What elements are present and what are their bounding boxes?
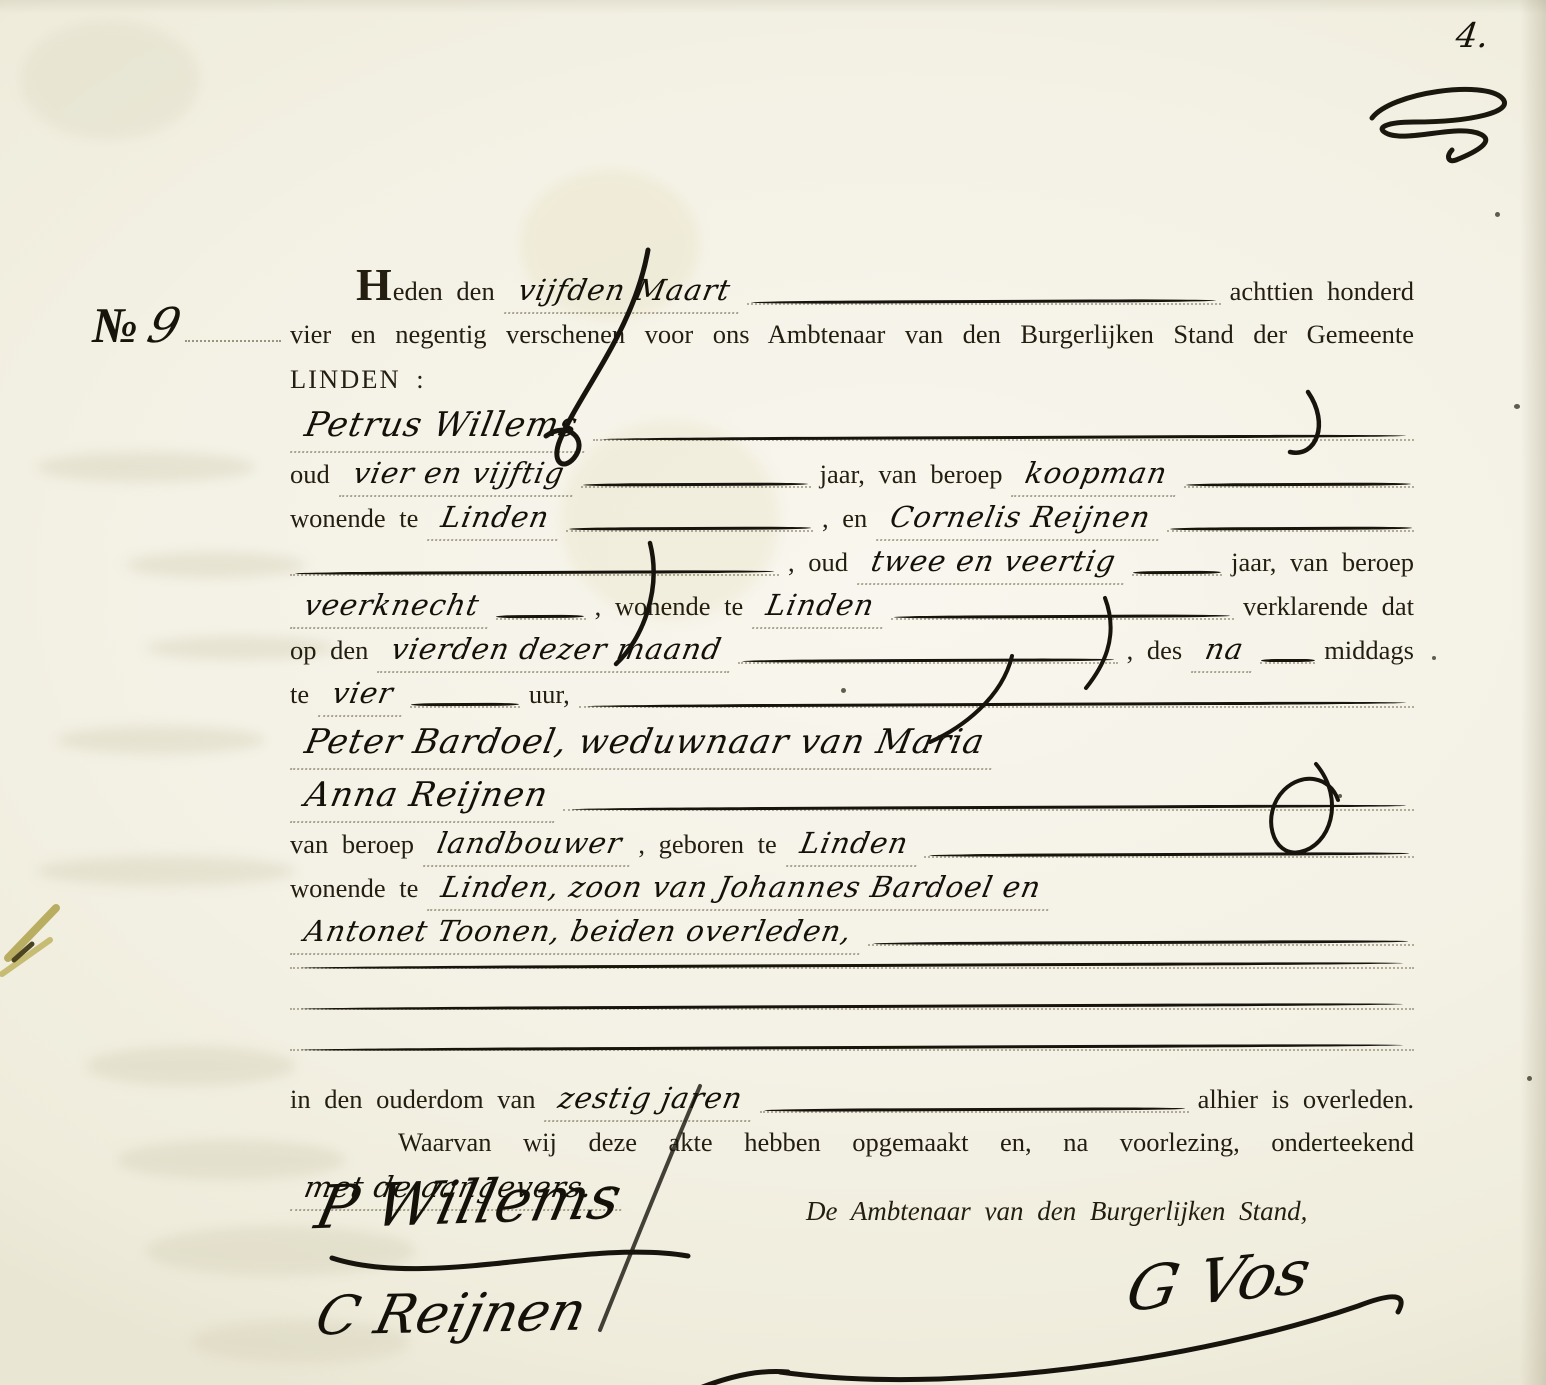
- line-declarant2-age: , oudtwee en veertigjaar, van beroep: [290, 541, 1414, 585]
- line-declarant1-age-occupation: oudvier en vijftigjaar, van beroepkoopma…: [290, 453, 1414, 497]
- stain: [36, 856, 296, 886]
- page-number: 4.: [1453, 16, 1491, 56]
- ink-rule: [290, 1042, 1414, 1051]
- handwritten-text: vierden dezer maand: [377, 629, 737, 673]
- printed-text: jaar, van beroep: [820, 454, 1003, 495]
- ink-rule: [747, 296, 1221, 305]
- stain: [56, 726, 266, 754]
- ink-rule: [1260, 655, 1315, 664]
- official-title: De Ambtenaar van den Burgerlijken Stand,: [806, 1196, 1307, 1227]
- line-deceased-name: Peter Bardoel, weduwnaar van Maria: [290, 717, 1414, 770]
- handwritten-text: na: [1191, 629, 1260, 673]
- handwritten-text: zestig jaren: [544, 1078, 759, 1122]
- signature-underline-flourish: [780, 1297, 1401, 1380]
- handwritten-text: vier: [318, 673, 409, 717]
- ink-rule: [579, 699, 1414, 708]
- ink-speck: [1432, 656, 1436, 660]
- handwritten-text: veerknecht: [290, 585, 495, 629]
- death-certificate-page: 4. № 9 Heden denvijfden Maartachttien ho…: [0, 0, 1546, 1385]
- printed-text: , en: [822, 498, 867, 539]
- handwritten-text: Petrus Willems: [290, 400, 595, 453]
- line-closing-formula: Waarvan wij deze akte hebben opgemaakt e…: [290, 1122, 1414, 1167]
- handwritten-text: twee en veertig: [857, 541, 1132, 585]
- ink-rule: [891, 611, 1234, 620]
- ink-rule: [738, 655, 1117, 664]
- stain: [20, 20, 200, 140]
- ink-rule: [563, 802, 1414, 811]
- line-blank-2: [290, 996, 1414, 1037]
- line-municipality: LINDEN :: [290, 359, 1414, 400]
- ink-rule: [924, 849, 1414, 858]
- registrar-paraph-flourish: [1358, 56, 1528, 171]
- line-declarant2-occupation-residence: veerknecht, wonende teLindenverklarende …: [290, 585, 1414, 629]
- signature-declarant2: C Reijnen: [310, 1280, 592, 1348]
- printed-text: wonende te: [290, 868, 418, 909]
- ink-rule: [1132, 567, 1222, 576]
- line-blank-1: [290, 955, 1414, 996]
- line-declarant1-residence: wonende teLinden, enCornelis Reijnen: [290, 497, 1414, 541]
- handwritten-text: Linden: [427, 497, 565, 541]
- printed-text: , oud: [788, 542, 848, 583]
- printed-text: jaar, van beroep: [1231, 542, 1414, 583]
- handwritten-text: Peter Bardoel, weduwnaar van Maria: [290, 717, 1001, 770]
- line-year-official: vier en negentig verschenen voor ons Amb…: [290, 314, 1414, 359]
- binding-staple: [0, 880, 70, 990]
- printed-text: H: [356, 262, 392, 308]
- ink-rule: [581, 479, 811, 488]
- act-number-value: 9: [142, 298, 187, 354]
- printed-text: eden den: [393, 271, 495, 312]
- line-death-date: op denvierden dezer maand, desnamiddags: [290, 629, 1414, 673]
- act-number: № 9: [92, 296, 281, 354]
- deed-lines: Heden denvijfden Maartachttien honderdvi…: [290, 262, 1414, 1211]
- line-death-hour: tevieruur,: [290, 673, 1414, 717]
- line-deceased-residence-parents: wonende teLinden, zoon van Johannes Bard…: [290, 867, 1414, 911]
- printed-text: middags: [1324, 630, 1414, 671]
- ink-rule: [593, 432, 1414, 441]
- page-edge-shadow: [1520, 0, 1546, 1385]
- printed-text: te: [290, 674, 309, 715]
- ink-rule: [290, 960, 1414, 969]
- printed-text: alhier is overleden.: [1198, 1079, 1414, 1120]
- printed-text: wonende te: [290, 498, 418, 539]
- signature-underline-flourish: [700, 1372, 788, 1385]
- printed-text: LINDEN :: [290, 359, 426, 400]
- handwritten-text: Linden: [786, 823, 924, 867]
- ink-rule: [290, 567, 779, 576]
- line-blank-3: [290, 1037, 1414, 1078]
- handwritten-text: Anna Reijnen: [290, 770, 565, 823]
- ink-speck: [1495, 212, 1500, 217]
- line-deceased-occupation-birthplace: van beroeplandbouwer, geboren teLinden: [290, 823, 1414, 867]
- signature-declarant1: P Willems: [309, 1163, 627, 1243]
- numero-symbol: №: [92, 296, 139, 354]
- printed-text: , des: [1127, 630, 1183, 671]
- signature-official: G Vos: [1121, 1235, 1316, 1326]
- handwritten-text: koopman: [1011, 453, 1183, 497]
- line-date-opening: Heden denvijfden Maartachttien honderd: [290, 262, 1414, 314]
- handwritten-text: Antonet Toonen, beiden overleden,: [290, 911, 868, 955]
- ink-rule: [760, 1104, 1189, 1113]
- stain: [86, 1046, 296, 1086]
- handwritten-text: Linden, zoon van Johannes Bardoel en: [427, 867, 1057, 911]
- ink-rule: [566, 523, 813, 532]
- ink-rule: [1184, 479, 1414, 488]
- printed-text: op den: [290, 630, 368, 671]
- printed-text: , geboren te: [638, 824, 776, 865]
- ink-rule: [290, 1001, 1414, 1010]
- stain: [36, 452, 256, 482]
- line-declarant1-name: Petrus Willems: [290, 400, 1414, 453]
- printed-text: achttien honderd: [1230, 271, 1414, 312]
- printed-text: oud: [290, 454, 330, 495]
- printed-text: , wonende te: [595, 586, 744, 627]
- printed-text: Waarvan wij deze akte hebben opgemaakt e…: [398, 1127, 1414, 1157]
- dotted-rule: [185, 336, 281, 342]
- printed-text: verklarende dat: [1243, 586, 1414, 627]
- line-age-at-death: in den ouderdom vanzestig jarenalhier is…: [290, 1078, 1414, 1122]
- handwritten-text: landbouwer: [423, 823, 638, 867]
- ink-rule: [1167, 523, 1414, 532]
- line-deceased-widower-of: Anna Reijnen: [290, 770, 1414, 823]
- handwritten-text: Linden: [752, 585, 890, 629]
- printed-text: in den ouderdom van: [290, 1079, 535, 1120]
- printed-text: uur,: [529, 674, 570, 715]
- printed-text: van beroep: [290, 824, 414, 865]
- handwritten-text: vier en vijftig: [339, 453, 580, 497]
- handwritten-text: Cornelis Reijnen: [876, 497, 1166, 541]
- ink-rule: [410, 699, 520, 708]
- ink-rule: [868, 937, 1414, 946]
- page-edge-shadow: [0, 0, 1546, 14]
- handwritten-text: vijfden Maart: [504, 270, 746, 314]
- ink-rule: [496, 611, 586, 620]
- stain: [126, 552, 306, 578]
- printed-text: vier en negentig verschenen voor ons Amb…: [290, 319, 1414, 349]
- line-deceased-parents-continued: Antonet Toonen, beiden overleden,: [290, 911, 1414, 955]
